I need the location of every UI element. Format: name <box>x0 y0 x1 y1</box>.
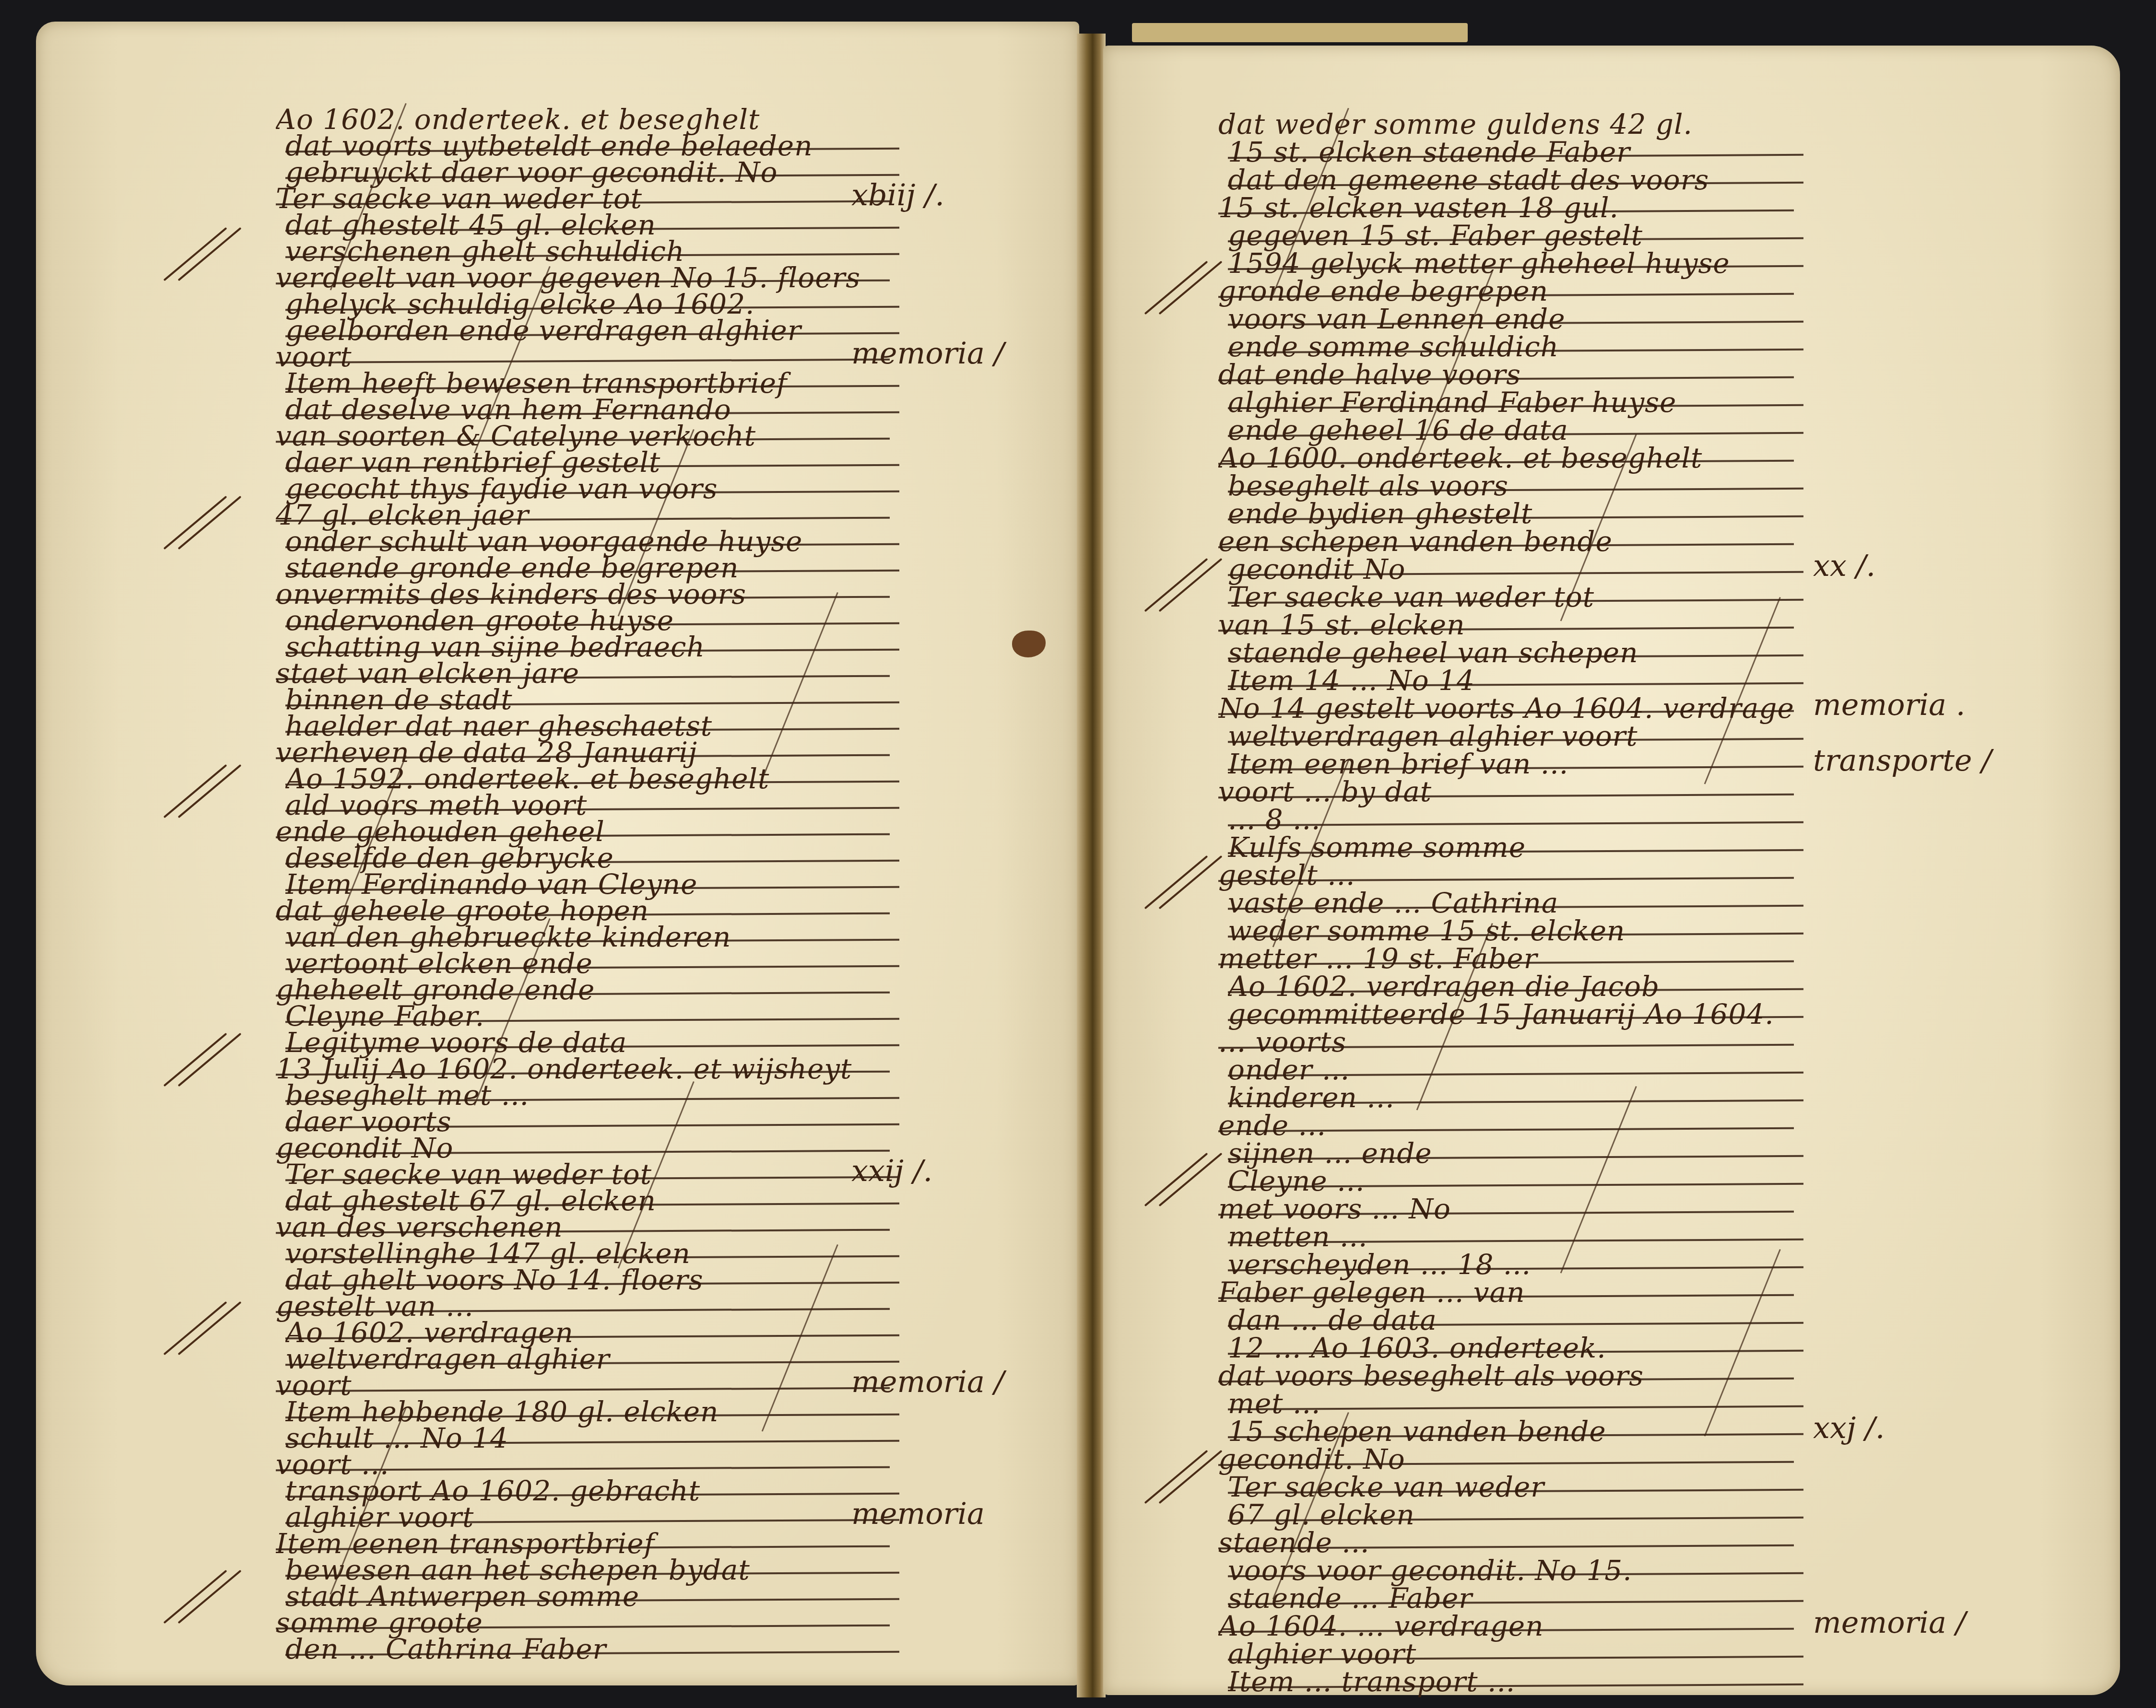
margin-note: xxij /. <box>851 1153 932 1188</box>
cancellation-mark <box>178 1033 242 1087</box>
cancellation-mark <box>178 1301 242 1355</box>
cancellation-mark <box>164 1301 227 1355</box>
cancellation-mark <box>178 1570 242 1624</box>
cancellation-mark <box>178 764 242 818</box>
margin-note: memoria / <box>851 1364 1004 1399</box>
margin-note: transporte / <box>1813 743 1991 778</box>
cancellation-mark <box>1159 558 1223 612</box>
cancellation-mark <box>178 496 242 550</box>
margin-note: memoria / <box>1813 1605 1966 1640</box>
cancellation-mark <box>164 764 227 818</box>
margin-note: memoria <box>851 1496 985 1531</box>
cancellation-mark <box>164 496 227 550</box>
margin-note: xbiij /. <box>851 177 944 212</box>
margin-note: memoria . <box>1813 687 1965 722</box>
cancellation-mark <box>164 1033 227 1087</box>
cancellation-mark <box>1144 261 1208 315</box>
cancellation-mark <box>1144 1450 1208 1504</box>
cancellation-mark <box>1144 1153 1208 1206</box>
ledger-line: Item ... transport ... <box>1228 1665 1803 1699</box>
ledger-line: den ... Cathrina Faber <box>285 1633 899 1666</box>
right-page: dat weder somme guldens 42 gl.15 st. elc… <box>1103 46 2120 1695</box>
margin-note: xxj /. <box>1813 1410 1885 1445</box>
manuscript-spread: Ao 1602. onderteek. et besegheltdat voor… <box>0 0 2156 1708</box>
cancellation-mark <box>1144 855 1208 909</box>
book-gutter <box>1077 34 1106 1697</box>
binding-spine-top <box>1132 23 1468 42</box>
left-page: Ao 1602. onderteek. et besegheltdat voor… <box>36 22 1079 1685</box>
cancellation-mark <box>1144 558 1208 612</box>
cancellation-mark <box>1159 261 1223 315</box>
margin-note: xx /. <box>1813 548 1875 583</box>
cancellation-mark <box>1159 855 1223 909</box>
cancellation-mark <box>1159 1450 1223 1504</box>
cancellation-mark <box>164 1570 227 1624</box>
cancellation-mark <box>178 227 242 281</box>
margin-note: memoria / <box>851 336 1004 371</box>
cancellation-mark <box>1159 1153 1223 1206</box>
cancellation-mark <box>164 227 227 281</box>
